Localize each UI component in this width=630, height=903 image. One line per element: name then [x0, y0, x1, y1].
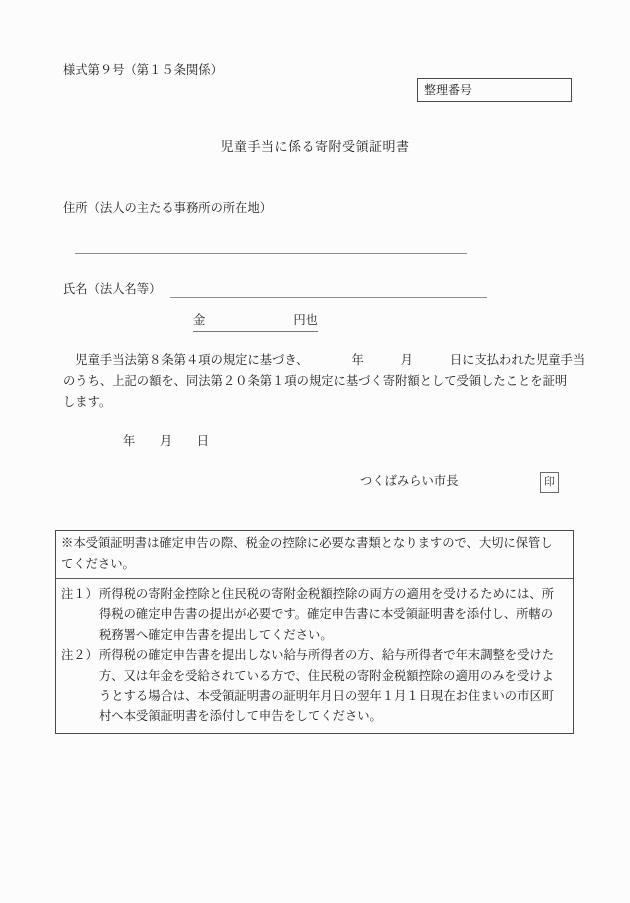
- note-1-text: 所得税の寄附金控除と住民税の寄附金税額控除の両方の適用を受けるためには、所 得税…: [99, 584, 569, 645]
- amount-suffix: 円也: [293, 312, 318, 329]
- issuer-mayor-name: つくばみらい市長: [360, 473, 458, 490]
- note-2-text: 所得税の確定申告書を提出しない給与所得者の方、給与所得者で年末調整を受けた 方、…: [99, 645, 569, 727]
- note-1-label: 注１）: [61, 584, 99, 645]
- amount-row: 金 円也: [193, 312, 318, 332]
- notes-box: ※本受領証明書は確定申告の際、税金の控除に必要な書類となりますので、大切に保管し…: [55, 530, 574, 734]
- note-2-label: 注２）: [61, 645, 99, 727]
- notes-warning: ※本受領証明書は確定申告の際、税金の控除に必要な書類となりますので、大切に保管し…: [56, 531, 573, 579]
- reference-number-value[interactable]: [472, 79, 571, 101]
- reference-number-label: 整理番号: [424, 82, 472, 99]
- seal-box: 印: [540, 472, 559, 493]
- document-title: 児童手当に係る寄附受領証明書: [0, 138, 630, 156]
- amount-prefix: 金: [193, 312, 205, 329]
- document-page: 様式第９号（第１５条関係） 整理番号 児童手当に係る寄附受領証明書 住所（法人の…: [0, 0, 630, 903]
- name-input-line[interactable]: [170, 283, 487, 298]
- address-label: 住所（法人の主たる事務所の所在地）: [63, 200, 272, 217]
- name-label: 氏名（法人名等）: [63, 281, 161, 298]
- seal-mark: 印: [544, 475, 555, 490]
- note-item-2: 注２） 所得税の確定申告書を提出しない給与所得者の方、給与所得者で年末調整を受け…: [61, 645, 569, 727]
- certification-paragraph: 児童手当法第８条第４項の規定に基づき、 年 月 日に支払われた児童手当 のうち、…: [63, 350, 623, 413]
- address-input-line[interactable]: [75, 240, 467, 254]
- reference-number-box: 整理番号: [417, 78, 572, 102]
- notes-items: 注１） 所得税の寄附金控除と住民税の寄附金税額控除の両方の適用を受けるためには、…: [56, 579, 573, 733]
- issue-date-line: 年 月 日: [123, 433, 209, 450]
- name-row: 氏名（法人名等）: [63, 281, 487, 298]
- form-number: 様式第９号（第１５条関係）: [63, 62, 223, 79]
- note-item-1: 注１） 所得税の寄附金控除と住民税の寄附金税額控除の両方の適用を受けるためには、…: [61, 584, 569, 645]
